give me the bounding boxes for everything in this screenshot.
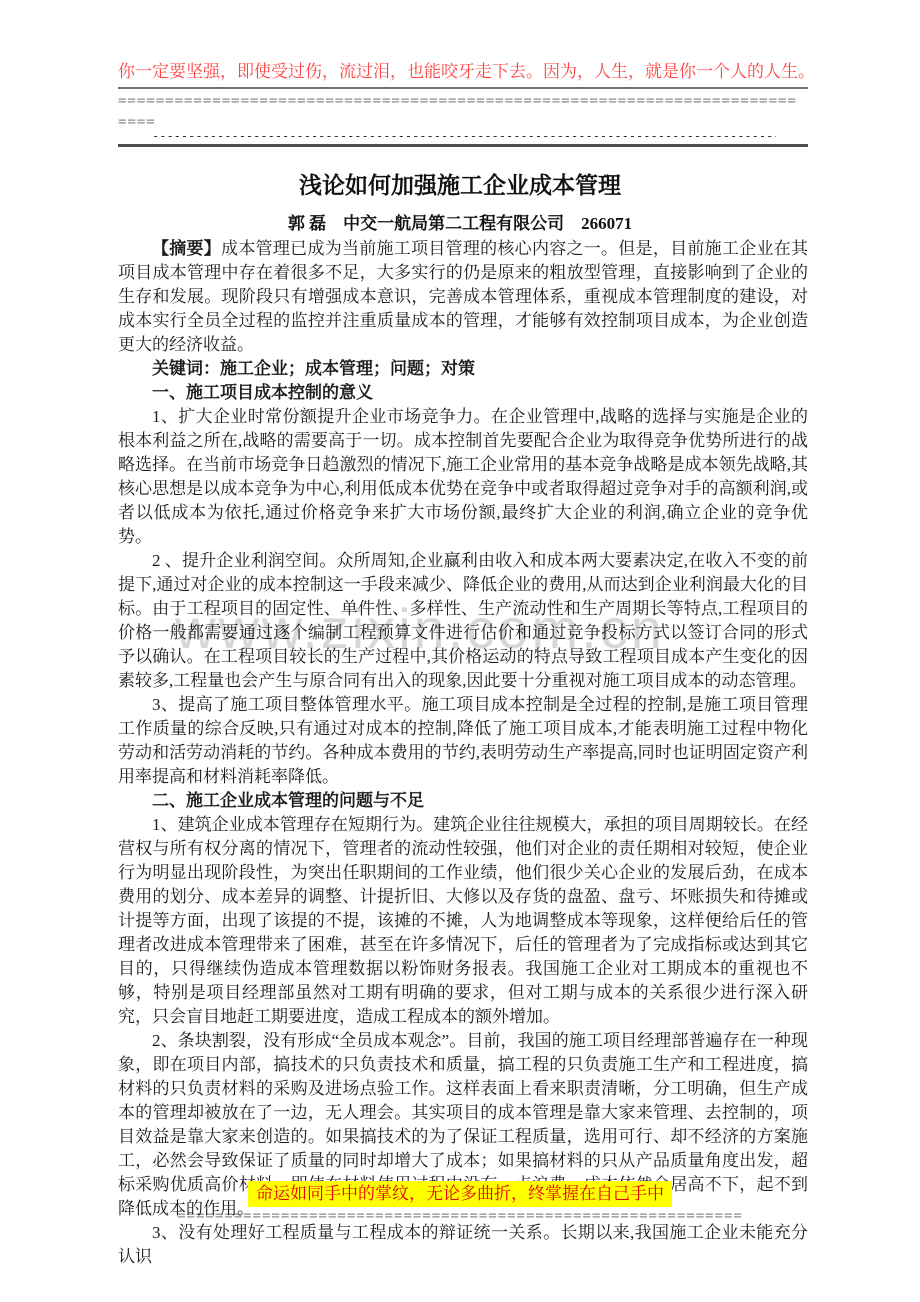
abstract-label: 【摘要】 [152,239,221,258]
abstract-paragraph: 【摘要】成本管理已成为当前施工项目管理的核心内容之一。但是，目前施工企业在其项目… [118,237,808,357]
abstract-text: 成本管理已成为当前施工项目管理的核心内容之一。但是，目前施工企业在其项目成本管理… [118,239,808,354]
author-byline: 郭 磊 中交一航局第二工程有限公司 266071 [0,209,920,234]
keywords-line: 关键词：施工企业；成本管理；问题；对策 [118,357,808,381]
paragraph-1-1: 1、扩大企业时常份额提升企业市场竞争力。在企业管理中,战略的选择与实施是企业的根… [118,405,808,549]
page-title: 浅论如何加强施工企业成本管理 [0,167,920,200]
header-bottom-rule [118,144,808,147]
paragraph-2-3: 3、没有处理好工程质量与工程成本的辩证统一关系。长期以来,我国施工企业未能充分认… [118,1221,808,1269]
paragraph-1-3: 3、提高了施工项目整体管理水平。施工项目成本控制是全过程的控制,是施工项目管理工… [118,693,808,789]
article-body: 【摘要】成本管理已成为当前施工项目管理的核心内容之一。但是，目前施工企业在其项目… [118,237,808,1269]
footer-motto-highlighted: 命运如同手中的掌纹，无论多曲折，终掌握在自己手中 [248,1181,672,1207]
header-motto-text: 你一定要坚强，即使受过伤，流过泪，也能咬牙走下去。因为，人生，就是你一个人的人生… [118,60,810,84]
equals-line-1: ========================================… [118,91,814,112]
paragraph-2-1: 1、建筑企业成本管理存在短期行为。建筑企业往往规模大，承担的项目周期较长。在经营… [118,813,808,1029]
header-equals-divider: ========================================… [118,91,814,133]
paragraph-1-2: 2 、提升企业利润空间。众所周知,企业赢利由收入和成本两大要素决定,在收入不变的… [118,549,808,693]
header-rule-line [118,87,808,89]
header-dashed-divider: ----------------------------------------… [152,129,776,143]
document-page: 你一定要坚强，即使受过伤，流过泪，也能咬牙走下去。因为，人生，就是你一个人的人生… [0,0,920,1302]
footer-motto-row: 命运如同手中的掌纹，无论多曲折，终掌握在自己手中 [0,1181,920,1207]
section-heading-1: 一、施工项目成本控制的意义 [118,381,808,405]
section-heading-2: 二、施工企业成本管理的问题与不足 [118,789,808,813]
